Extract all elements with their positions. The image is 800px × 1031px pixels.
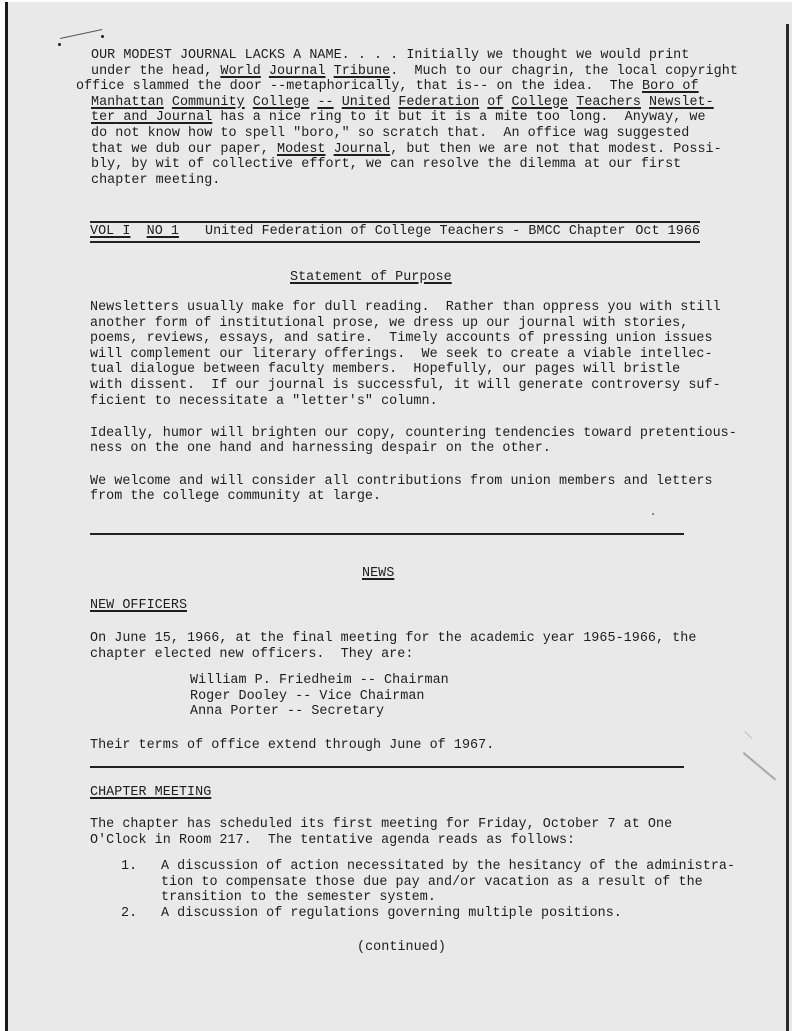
masthead: VOL I NO 1 United Federation of College … bbox=[90, 221, 700, 243]
stray-mark bbox=[58, 43, 61, 46]
intro-line: under the head, World Journal Tribune. M… bbox=[91, 64, 738, 80]
statement-line: will complement our literary offerings. … bbox=[90, 347, 713, 363]
statement-line: Ideally, humor will brighten our copy, c… bbox=[90, 426, 737, 442]
intro-line: that we dub our paper, Modest Journal, b… bbox=[91, 142, 722, 158]
meeting-intro-line: The chapter has scheduled its first meet… bbox=[90, 817, 672, 833]
intro-line: OUR MODEST JOURNAL LACKS A NAME. . . . I… bbox=[91, 48, 689, 64]
agenda-line: A discussion of regulations governing mu… bbox=[161, 906, 622, 922]
intro-line: chapter meeting. bbox=[91, 173, 220, 189]
agenda-number: 1. bbox=[121, 859, 137, 875]
section-divider bbox=[90, 533, 684, 535]
meeting-intro-line: O'Clock in Room 217. The tentative agend… bbox=[90, 833, 575, 849]
statement-line: ficient to necessitate a "letter's" colu… bbox=[90, 394, 438, 410]
statement-line: ness on the one hand and harnessing desp… bbox=[90, 441, 551, 457]
agenda-number: 2. bbox=[121, 906, 137, 922]
officer-entry: Roger Dooley -- Vice Chairman bbox=[190, 689, 425, 705]
intro-line: Manhattan Community College -- United Fe… bbox=[91, 95, 714, 111]
continued-note: (continued) bbox=[357, 940, 446, 956]
officers-term: Their terms of office extend through Jun… bbox=[90, 738, 494, 754]
officer-entry: William P. Friedheim -- Chairman bbox=[190, 673, 449, 689]
statement-line: another form of institutional prose, we … bbox=[90, 316, 688, 332]
statement-line: from the college community at large. bbox=[90, 489, 381, 505]
officers-intro-line: On June 15, 1966, at the final meeting f… bbox=[90, 631, 696, 647]
masthead-volume: VOL I NO 1 bbox=[90, 224, 179, 240]
statement-line: with dissent. If our journal is successf… bbox=[90, 378, 721, 394]
news-title: NEWS bbox=[362, 566, 394, 582]
statement-title: Statement of Purpose bbox=[290, 270, 452, 286]
officer-entry: Anna Porter -- Secretary bbox=[190, 704, 384, 720]
page-edge bbox=[786, 24, 789, 1031]
intro-line: do not know how to spell "boro," so scra… bbox=[91, 126, 689, 142]
meeting-heading: CHAPTER MEETING bbox=[90, 785, 211, 801]
agenda-line: A discussion of action necessitated by t… bbox=[161, 859, 735, 875]
stray-mark bbox=[101, 35, 104, 38]
statement-line: Newsletters usually make for dull readin… bbox=[90, 300, 721, 316]
officers-intro-line: chapter elected new officers. They are: bbox=[90, 647, 413, 663]
statement-line: We welcome and will consider all contrib… bbox=[90, 474, 713, 490]
intro-line: ter and Journal has a nice ring to it bu… bbox=[91, 110, 706, 126]
officers-heading: NEW OFFICERS bbox=[90, 598, 187, 614]
agenda-line: transition to the semester system. bbox=[161, 890, 436, 906]
intro-line: office slammed the door --metaphorically… bbox=[76, 79, 699, 95]
agenda-line: tion to compensate those due pay and/or … bbox=[161, 875, 703, 891]
section-divider bbox=[90, 766, 684, 768]
statement-line: tual dialogue between faculty members. H… bbox=[90, 362, 680, 378]
intro-line: bly, by wit of collective effort, we can… bbox=[91, 157, 681, 173]
statement-line: poems, reviews, essays, and satire. Time… bbox=[90, 331, 713, 347]
masthead-organization: United Federation of College Teachers - … bbox=[205, 224, 625, 240]
masthead-date: Oct 1966 bbox=[635, 224, 700, 240]
stray-mark bbox=[652, 513, 654, 515]
